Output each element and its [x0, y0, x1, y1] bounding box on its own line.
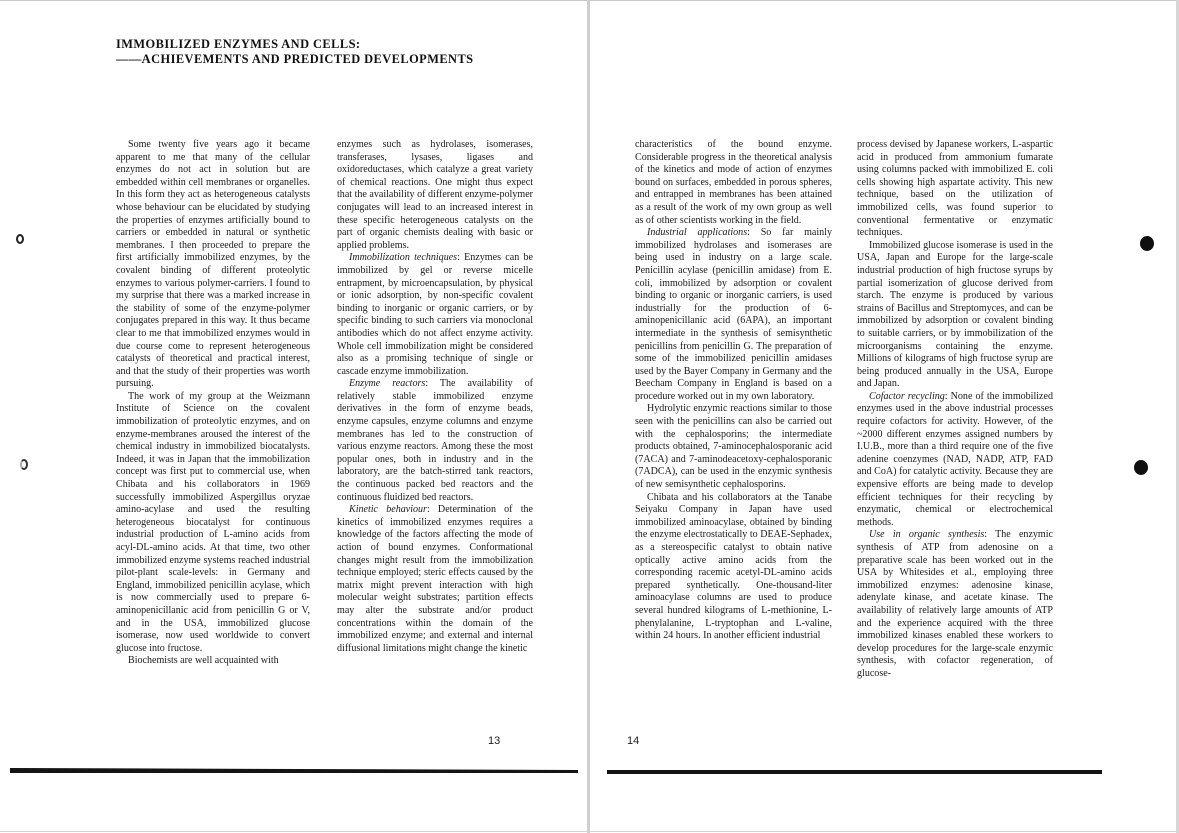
- paragraph-text: : So far mainly immobilized hydrolases a…: [635, 227, 832, 402]
- paragraph: Chibata and his collaborators at the Tan…: [635, 492, 832, 643]
- paragraph: Kinetic behaviour: Determination of the …: [337, 504, 533, 655]
- paragraph-text: : The availability of relatively stable …: [337, 378, 533, 502]
- title-line-2: ——ACHIEVEMENTS AND PREDICTED DEVELOPMENT…: [116, 52, 474, 67]
- footer-rule: [607, 770, 1102, 774]
- section-heading-use-in-organic-synthesis: Use in organic synthesis: [869, 529, 984, 540]
- page-number: 13: [488, 735, 500, 747]
- paragraph: Some twenty five years ago it became app…: [116, 139, 310, 391]
- footer-rule: [10, 768, 578, 773]
- text-column-4: process devised by Japanese workers, L-a…: [857, 139, 1053, 681]
- paragraph: The work of my group at the Weizmann Ins…: [116, 391, 310, 655]
- punch-hole-icon: [1140, 236, 1154, 251]
- section-heading-industrial-applications: Industrial applications: [647, 227, 747, 238]
- paragraph-text: : Enzymes can be immobilized by gel or r…: [337, 252, 533, 376]
- punch-hole-icon: [20, 459, 28, 470]
- text-column-1: Some twenty five years ago it became app…: [116, 139, 310, 668]
- text-column-2: enzymes such as hydrolases, isomerases, …: [337, 139, 533, 655]
- paragraph: process devised by Japanese workers, L-a…: [857, 139, 1053, 240]
- paragraph: Immobilized glucose isomerase is used in…: [857, 240, 1053, 391]
- paragraph: Enzyme reactors: The availability of rel…: [337, 378, 533, 504]
- page-number: 14: [627, 735, 639, 747]
- paragraph: Hydrolytic enzymic reactions similar to …: [635, 403, 832, 491]
- paragraph: Cofactor recycling: None of the immobili…: [857, 391, 1053, 530]
- paragraph: Biochemists are well acquainted with: [116, 655, 310, 668]
- paragraph: enzymes such as hydrolases, isomerases, …: [337, 139, 533, 252]
- text-column-3: characteristics of the bound enzyme. Con…: [635, 139, 832, 643]
- article-title: IMMOBILIZED ENZYMES AND CELLS: ——ACHIEVE…: [116, 37, 474, 67]
- title-line-1: IMMOBILIZED ENZYMES AND CELLS:: [116, 37, 474, 52]
- section-heading-kinetic-behaviour: Kinetic behaviour: [349, 504, 427, 515]
- paragraph: Immobilization techniques: Enzymes can b…: [337, 252, 533, 378]
- paragraph-text: : None of the immobilized enzymes used i…: [857, 391, 1053, 528]
- paragraph-text: : The enzymic synthesis of ATP from aden…: [857, 529, 1053, 679]
- page-14: characteristics of the bound enzyme. Con…: [590, 0, 1176, 833]
- section-heading-cofactor-recycling: Cofactor recycling: [869, 391, 945, 402]
- section-heading-enzyme-reactors: Enzyme reactors: [349, 378, 425, 389]
- section-heading-immobilization-techniques: Immobilization techniques: [349, 252, 457, 263]
- paragraph: Industrial applications: So far mainly i…: [635, 227, 832, 403]
- paragraph-text: : Determination of the kinetics of immob…: [337, 504, 533, 654]
- punch-hole-icon: [1134, 460, 1148, 475]
- paragraph: Use in organic synthesis: The enzymic sy…: [857, 529, 1053, 680]
- paragraph: characteristics of the bound enzyme. Con…: [635, 139, 832, 227]
- punch-hole-icon: [16, 234, 24, 244]
- page-13: IMMOBILIZED ENZYMES AND CELLS: ——ACHIEVE…: [0, 0, 587, 833]
